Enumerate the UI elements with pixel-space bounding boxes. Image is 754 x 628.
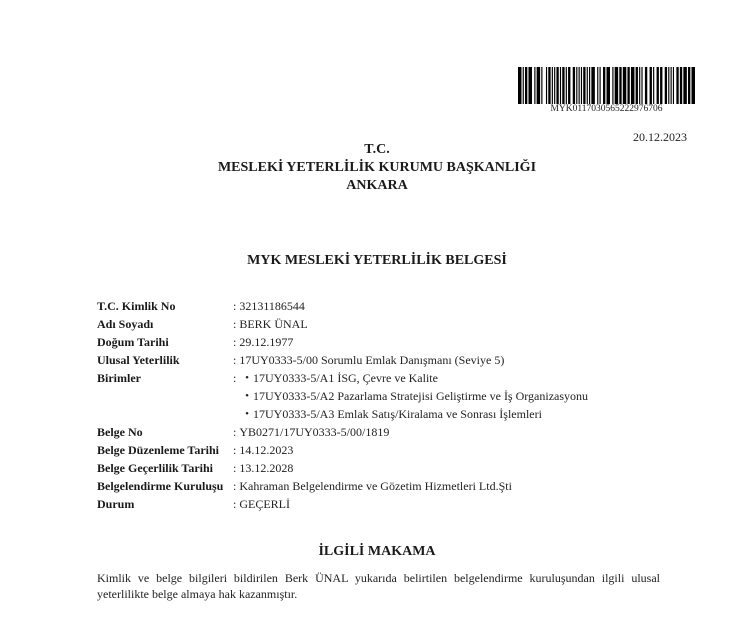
section-title: İLGİLİ MAKAMA xyxy=(0,544,754,560)
field-value: :17UY0333-5/00 Sorumlu Emlak Danışmanı (… xyxy=(233,351,504,369)
field-value: :14.12.2023 xyxy=(233,441,293,459)
header-line-city: ANKARA xyxy=(0,177,754,195)
field-value: : •17UY0333-5/A1 İSG, Çevre ve Kalite •1… xyxy=(233,369,588,423)
field-value: :Kahraman Belgelendirme ve Gözetim Hizme… xyxy=(233,477,512,495)
institution-header: T.C. MESLEKİ YETERLİLİK KURUMU BAŞKANLIĞ… xyxy=(0,141,754,195)
field-belge-no: Belge No :YB0271/17UY0333-5/00/1819 xyxy=(97,423,588,441)
field-value: :29.12.1977 xyxy=(233,333,293,351)
unit-item: •17UY0333-5/A1 İSG, Çevre ve Kalite xyxy=(241,369,588,387)
field-label: Ulusal Yeterlilik xyxy=(97,351,233,369)
barcode-number: MYK0117030565222976706 xyxy=(518,104,695,114)
bullet-icon: • xyxy=(241,405,253,423)
barcode xyxy=(518,67,695,104)
document-title: MYK MESLEKİ YETERLİLİK BELGESİ xyxy=(0,253,754,269)
field-belge-duzenleme-tarihi: Belge Düzenleme Tarihi :14.12.2023 xyxy=(97,441,588,459)
field-ulusal-yeterlilik: Ulusal Yeterlilik :17UY0333-5/00 Sorumlu… xyxy=(97,351,588,369)
units-list: •17UY0333-5/A1 İSG, Çevre ve Kalite •17U… xyxy=(241,369,588,423)
unit-item: •17UY0333-5/A2 Pazarlama Stratejisi Geli… xyxy=(241,387,588,405)
field-label: Belge Düzenleme Tarihi xyxy=(97,441,233,459)
field-tc-kimlik: T.C. Kimlik No :32131186544 xyxy=(97,297,588,315)
certificate-fields: T.C. Kimlik No :32131186544 Adı Soyadı :… xyxy=(97,297,588,513)
field-value: :32131186544 xyxy=(233,297,305,315)
field-durum: Durum :GEÇERLİ xyxy=(97,495,588,513)
field-label: Adı Soyadı xyxy=(97,315,233,333)
field-dogum-tarihi: Doğum Tarihi :29.12.1977 xyxy=(97,333,588,351)
field-label: Belge No xyxy=(97,423,233,441)
field-value: :13.12.2028 xyxy=(233,459,293,477)
field-label: Durum xyxy=(97,495,233,513)
field-value: :YB0271/17UY0333-5/00/1819 xyxy=(233,423,389,441)
barcode-icon xyxy=(518,67,695,104)
field-birimler: Birimler : •17UY0333-5/A1 İSG, Çevre ve … xyxy=(97,369,588,423)
field-adi-soyadi: Adı Soyadı :BERK ÜNAL xyxy=(97,315,588,333)
field-label: Doğum Tarihi xyxy=(97,333,233,351)
field-label: Belgelendirme Kuruluşu xyxy=(97,477,233,495)
bullet-icon: • xyxy=(241,387,253,405)
field-value: :GEÇERLİ xyxy=(233,495,290,513)
statement-paragraph: Kimlik ve belge bilgileri bildirilen Ber… xyxy=(97,570,660,602)
unit-item: •17UY0333-5/A3 Emlak Satış/Kiralama ve S… xyxy=(241,405,588,423)
header-line-institution: MESLEKİ YETERLİLİK KURUMU BAŞKANLIĞI xyxy=(0,159,754,177)
header-line-tc: T.C. xyxy=(0,141,754,159)
field-value: :BERK ÜNAL xyxy=(233,315,308,333)
field-label: Belge Geçerlilik Tarihi xyxy=(97,459,233,477)
bullet-icon: • xyxy=(241,369,253,387)
field-belge-gecerlilik-tarihi: Belge Geçerlilik Tarihi :13.12.2028 xyxy=(97,459,588,477)
field-label: T.C. Kimlik No xyxy=(97,297,233,315)
field-belgelendirme-kurulusu: Belgelendirme Kuruluşu :Kahraman Belgele… xyxy=(97,477,588,495)
field-label: Birimler xyxy=(97,369,233,387)
